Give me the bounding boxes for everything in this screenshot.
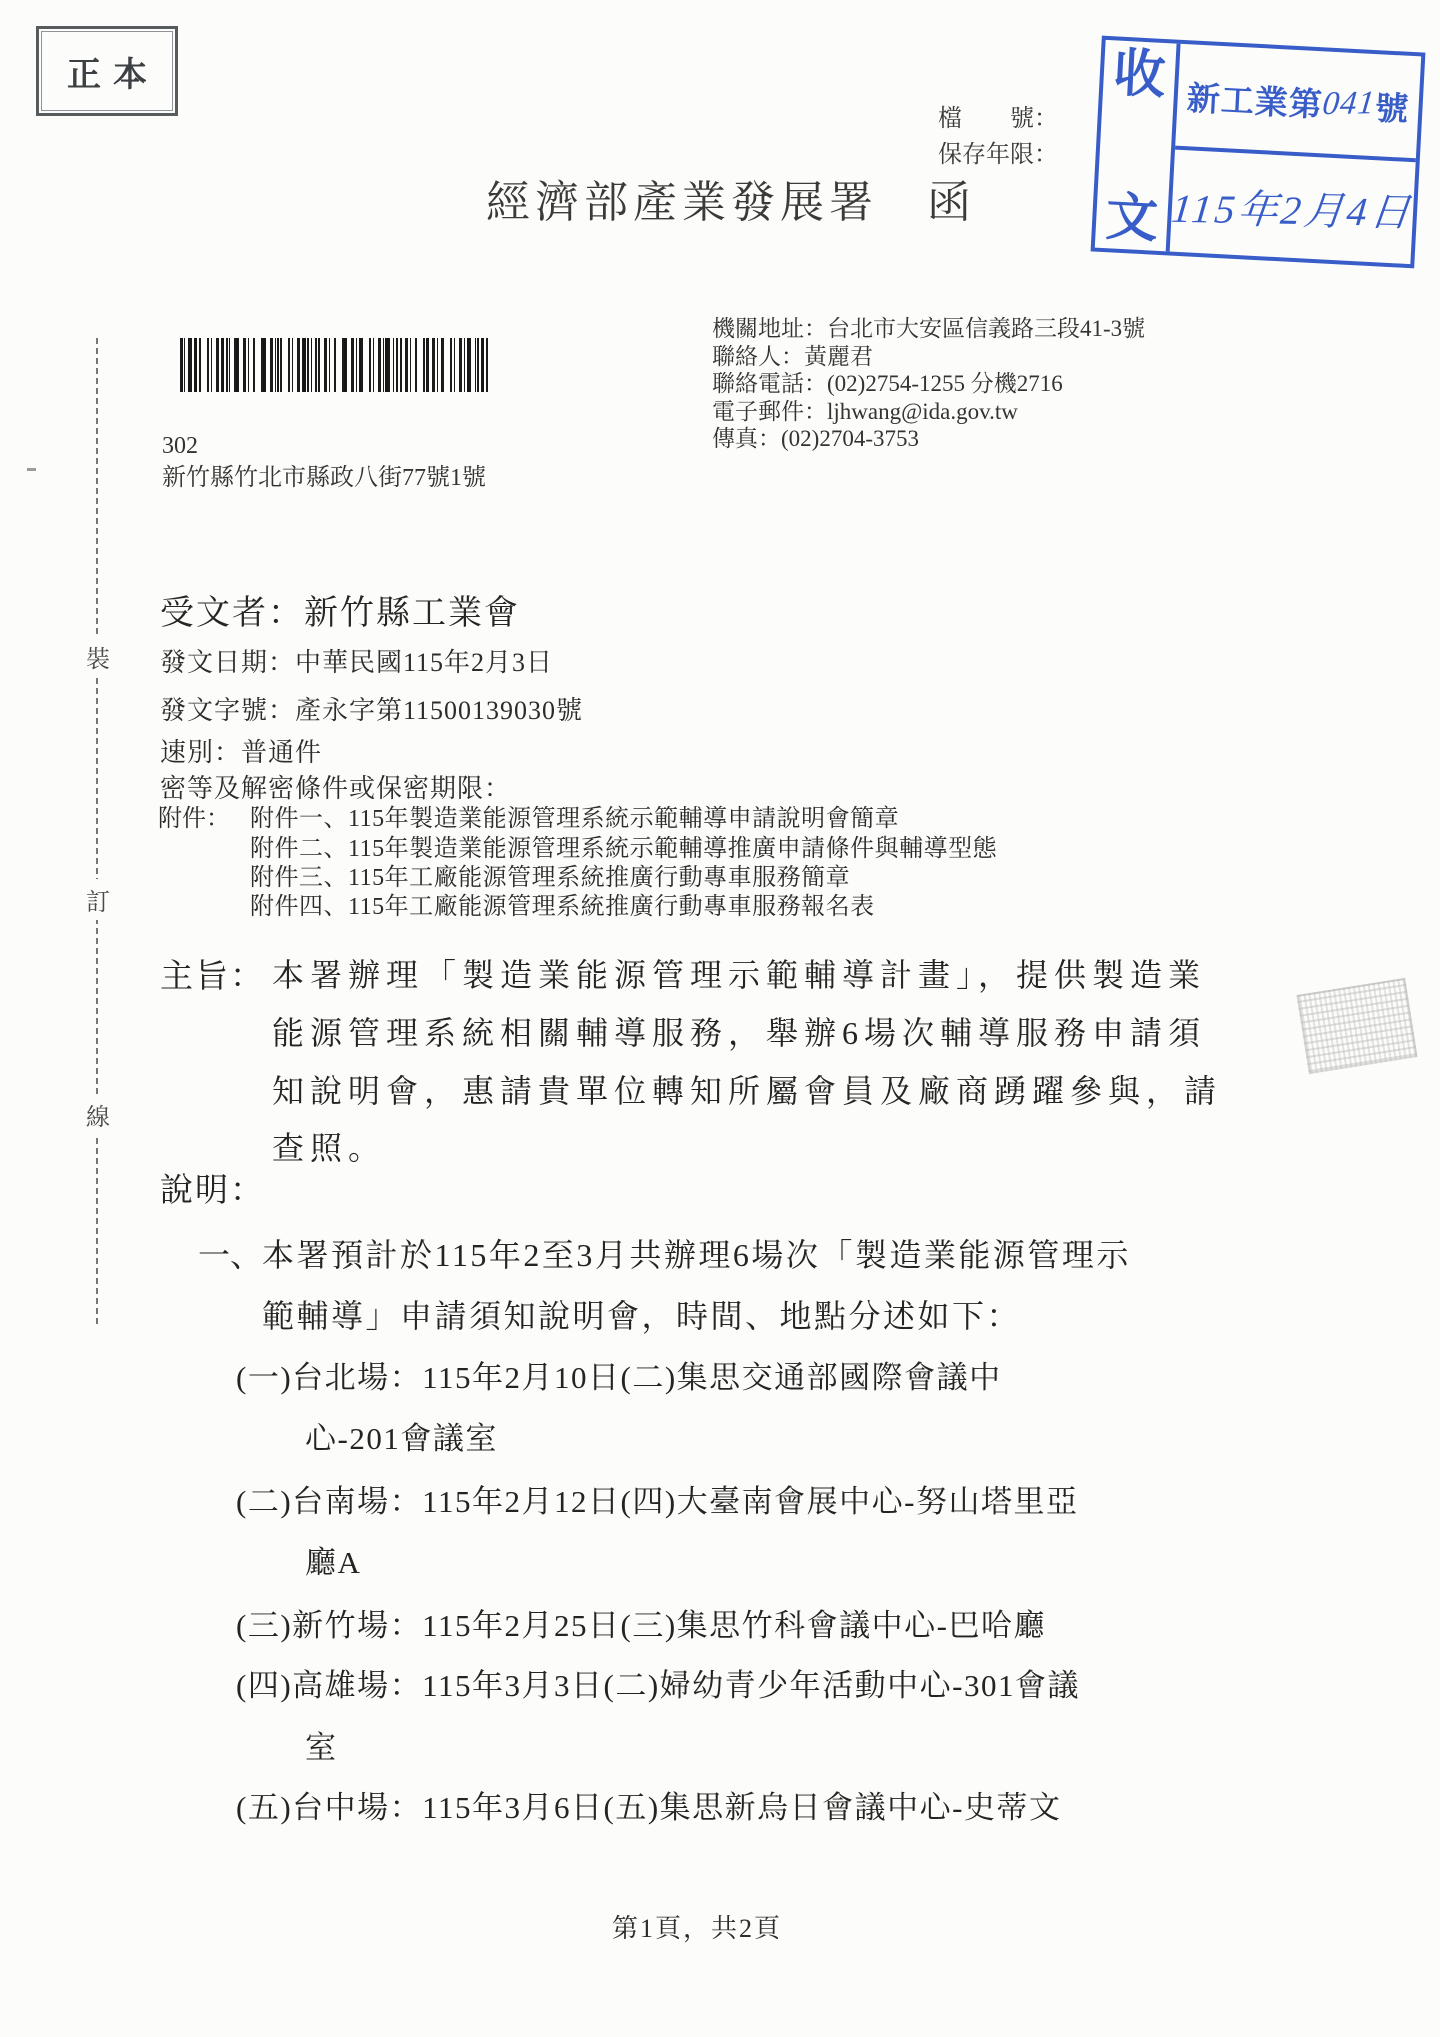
receipt-stamp-right-column: 新工業第 041 號 115年2月4日 [1170,44,1422,264]
scanned-official-letter-page: { "page": { "footer": "第1頁，共2頁" }, "stam… [0,0,1440,2037]
receipt-number-handwritten: 041 [1321,85,1377,123]
retention-period-label: 保存年限： [938,134,1058,169]
receipt-number-suffix: 號 [1374,82,1410,131]
receipt-stamp: 收 文 新工業第 041 號 115年2月4日 [1091,36,1426,269]
sender-contact-block: 機關地址：台北市大安區信義路三段41-3號 聯絡人：黃麗君 聯絡電話：(02)2… [712,315,1145,453]
venue-taipei-line-2: 心-201會議室 [305,1413,498,1458]
receipt-date-handwritten: 115年2月4日 [1169,176,1416,237]
receipt-char-wen: 文 [1104,192,1159,247]
receipt-number-line: 新工業第 041 號 [1175,44,1421,162]
faint-side-stamp [1296,978,1417,1074]
issue-number-line: 發文字號：產永字第11500139030號 [160,690,583,727]
binding-char-ding: 訂 [78,879,118,920]
original-copy-stamp: 正本 [36,26,178,116]
sender-phone-line: 聯絡電話：(02)2754-1255 分機2716 [712,370,1145,398]
receipt-date-line: 115年2月4日 [1170,150,1416,264]
sender-contact-person-line: 聯絡人：黃麗君 [712,343,1145,371]
sender-email-line: 電子郵件：ljhwang@ida.gov.tw [712,398,1145,426]
subject-label: 主旨： [160,950,265,997]
subject-line-4: 查照。 [272,1123,386,1169]
sender-address-line: 機關地址：台北市大安區信義路三段41-3號 [712,315,1145,343]
page-number-footer: 第1頁，共2頁 [612,1908,782,1945]
description-item1-line-2: 範輔導」申請須知說明會，時間、地點分述如下： [262,1291,1021,1337]
description-item1-line-1: 本署預計於115年2至3月共辦理6場次「製造業能源管理示 [262,1230,1131,1276]
binding-dashed-line [96,338,98,1324]
attachments-label: 附件： [158,798,230,833]
venue-taichung-line: (五)台中場：115年3月6日(五)集思新烏日會議中心-史蒂文 [236,1782,1061,1827]
sender-fax-line: 傳真：(02)2704-3753 [712,425,1145,453]
file-number-label: 檔 號： [938,98,1058,133]
recipient-zip: 302 [162,430,486,462]
margin-tick [27,468,36,471]
description-label: 說明： [160,1164,265,1211]
recipient-street: 新竹縣竹北市縣政八街77號1號 [162,462,486,494]
subject-line-1: 本署辦理「製造業能源管理示範輔導計畫」，提供製造業 [272,950,1206,996]
venue-hsinchu-line: (三)新竹場：115年2月25日(三)集思竹科會議中心-巴哈廳 [236,1600,1046,1645]
description-item1-number: 一、 [198,1230,262,1276]
receipt-stamp-left-column: 收 文 [1095,40,1181,252]
subject-line-3: 知說明會，惠請貴單位轉知所屬會員及廠商踴躍參與，請 [272,1066,1222,1112]
document-title: 經濟部產業發展署 函 [486,166,976,230]
venue-kaohsiung-line-1: (四)高雄場：115年3月3日(二)婦幼青少年活動中心-301會議 [236,1660,1080,1705]
receipt-number-prefix: 新工業第 [1186,72,1324,126]
priority-line: 速別：普通件 [160,732,322,769]
recipient-address-block: 302 新竹縣竹北市縣政八街77號1號 [162,430,486,494]
issue-date-line: 發文日期：中華民國115年2月3日 [160,642,553,679]
binding-char-xian: 線 [78,1094,118,1135]
attachment-line-4: 附件四、115年工廠能源管理系統推廣行動專車服務報名表 [250,886,875,921]
venue-tainan-line-1: (二)台南場：115年2月12日(四)大臺南會展中心-努山塔里亞 [236,1476,1078,1521]
barcode [180,338,488,392]
recipient-line: 受文者：新竹縣工業會 [160,585,520,634]
receipt-char-shou: 收 [1112,48,1167,103]
venue-kaohsiung-line-2: 室 [305,1722,338,1767]
subject-line-2: 能源管理系統相關輔導服務，舉辦6場次輔導服務申請須 [272,1008,1206,1054]
venue-tainan-line-2: 廳A [305,1537,361,1582]
venue-taipei-line-1: (一)台北場：115年2月10日(二)集思交通部國際會議中 [236,1352,1002,1397]
binding-char-zhuang: 裝 [78,636,118,677]
